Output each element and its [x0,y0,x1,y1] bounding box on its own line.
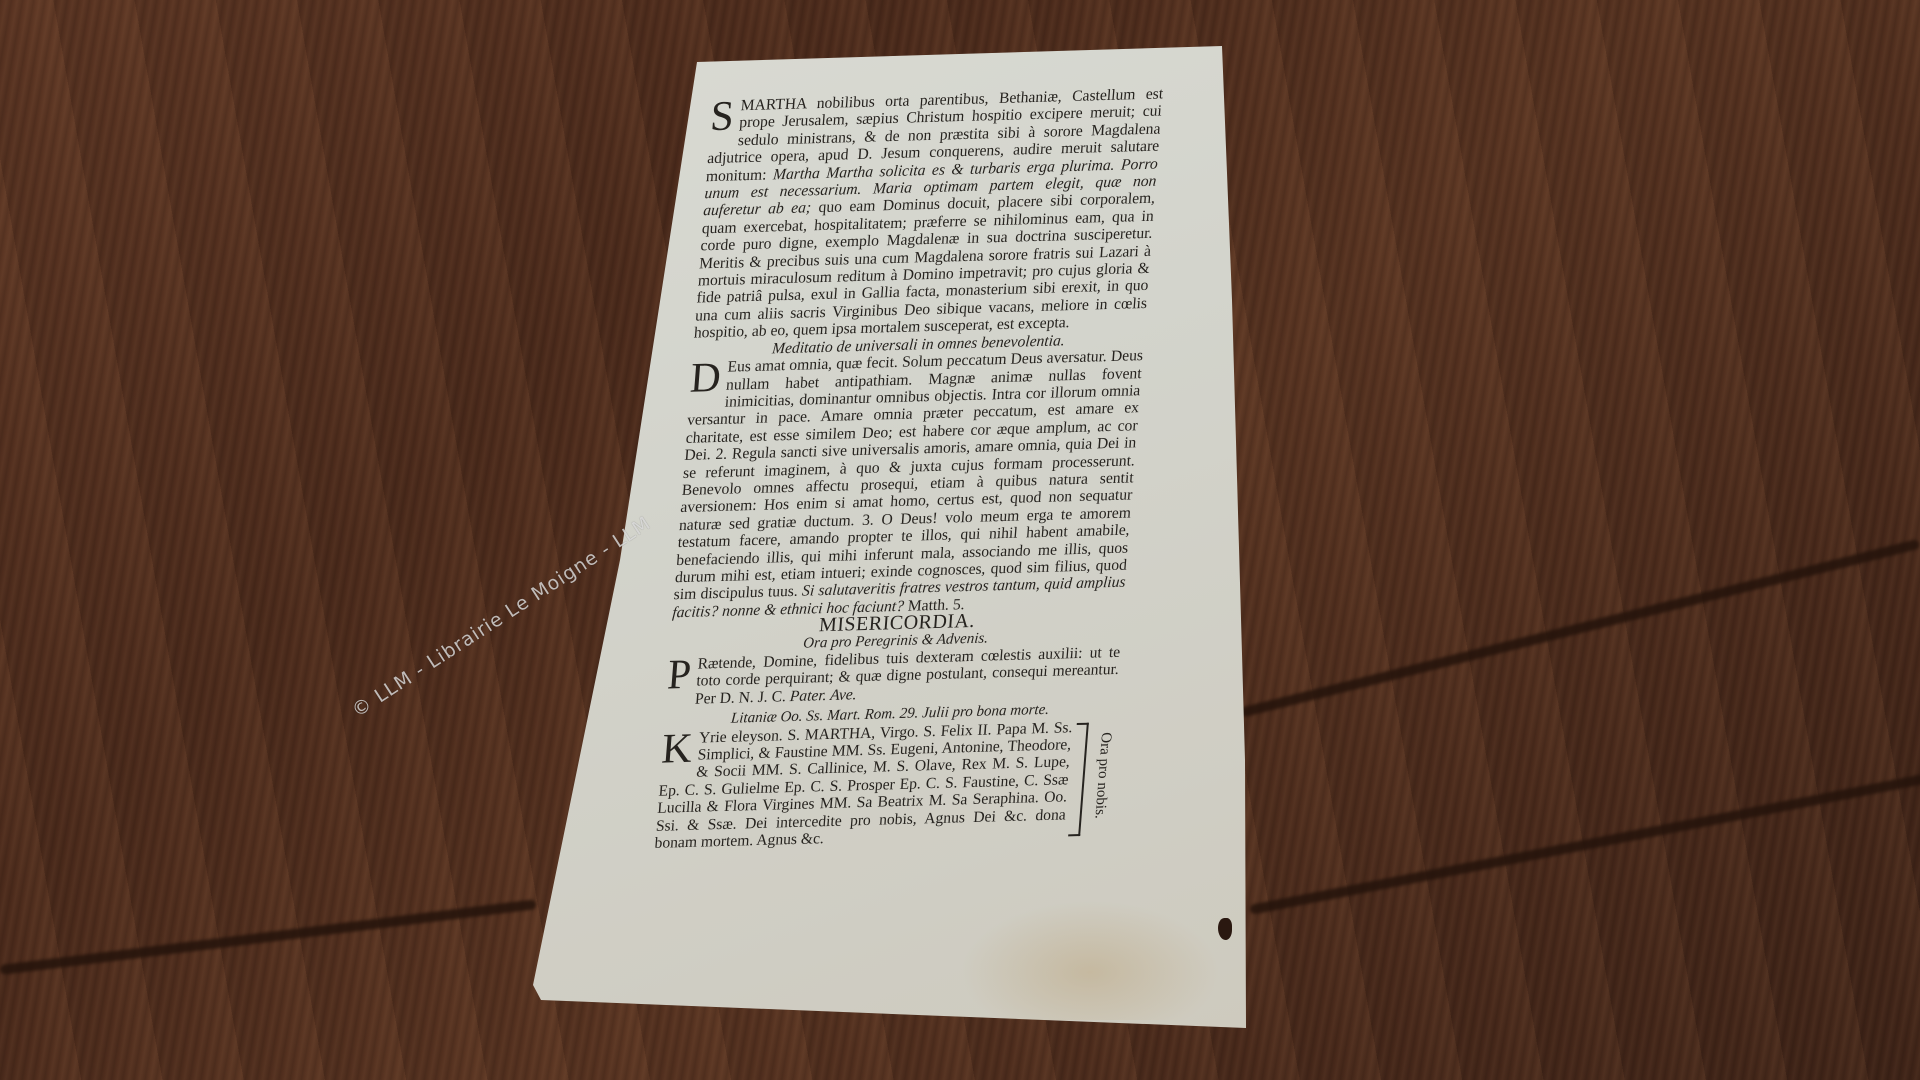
paper-tear [1218,918,1232,940]
dropcap: K [661,731,694,766]
page-text: S MARTHA nobilibus orta parentibus, Beth… [654,85,1164,852]
dropcap: P [666,658,692,693]
paragraph-martha: S MARTHA nobilibus orta parentibus, Beth… [693,85,1164,342]
dropcap: D [689,361,722,396]
paragraph-meditation: D Eus amat omnia, quæ fecit. Solum pecca… [672,347,1144,621]
litany: K Yrie eleyson. S. MARTHA, Virgo. S. Fel… [654,718,1115,853]
water-stain [960,900,1220,1020]
dropcap: S [709,99,735,134]
